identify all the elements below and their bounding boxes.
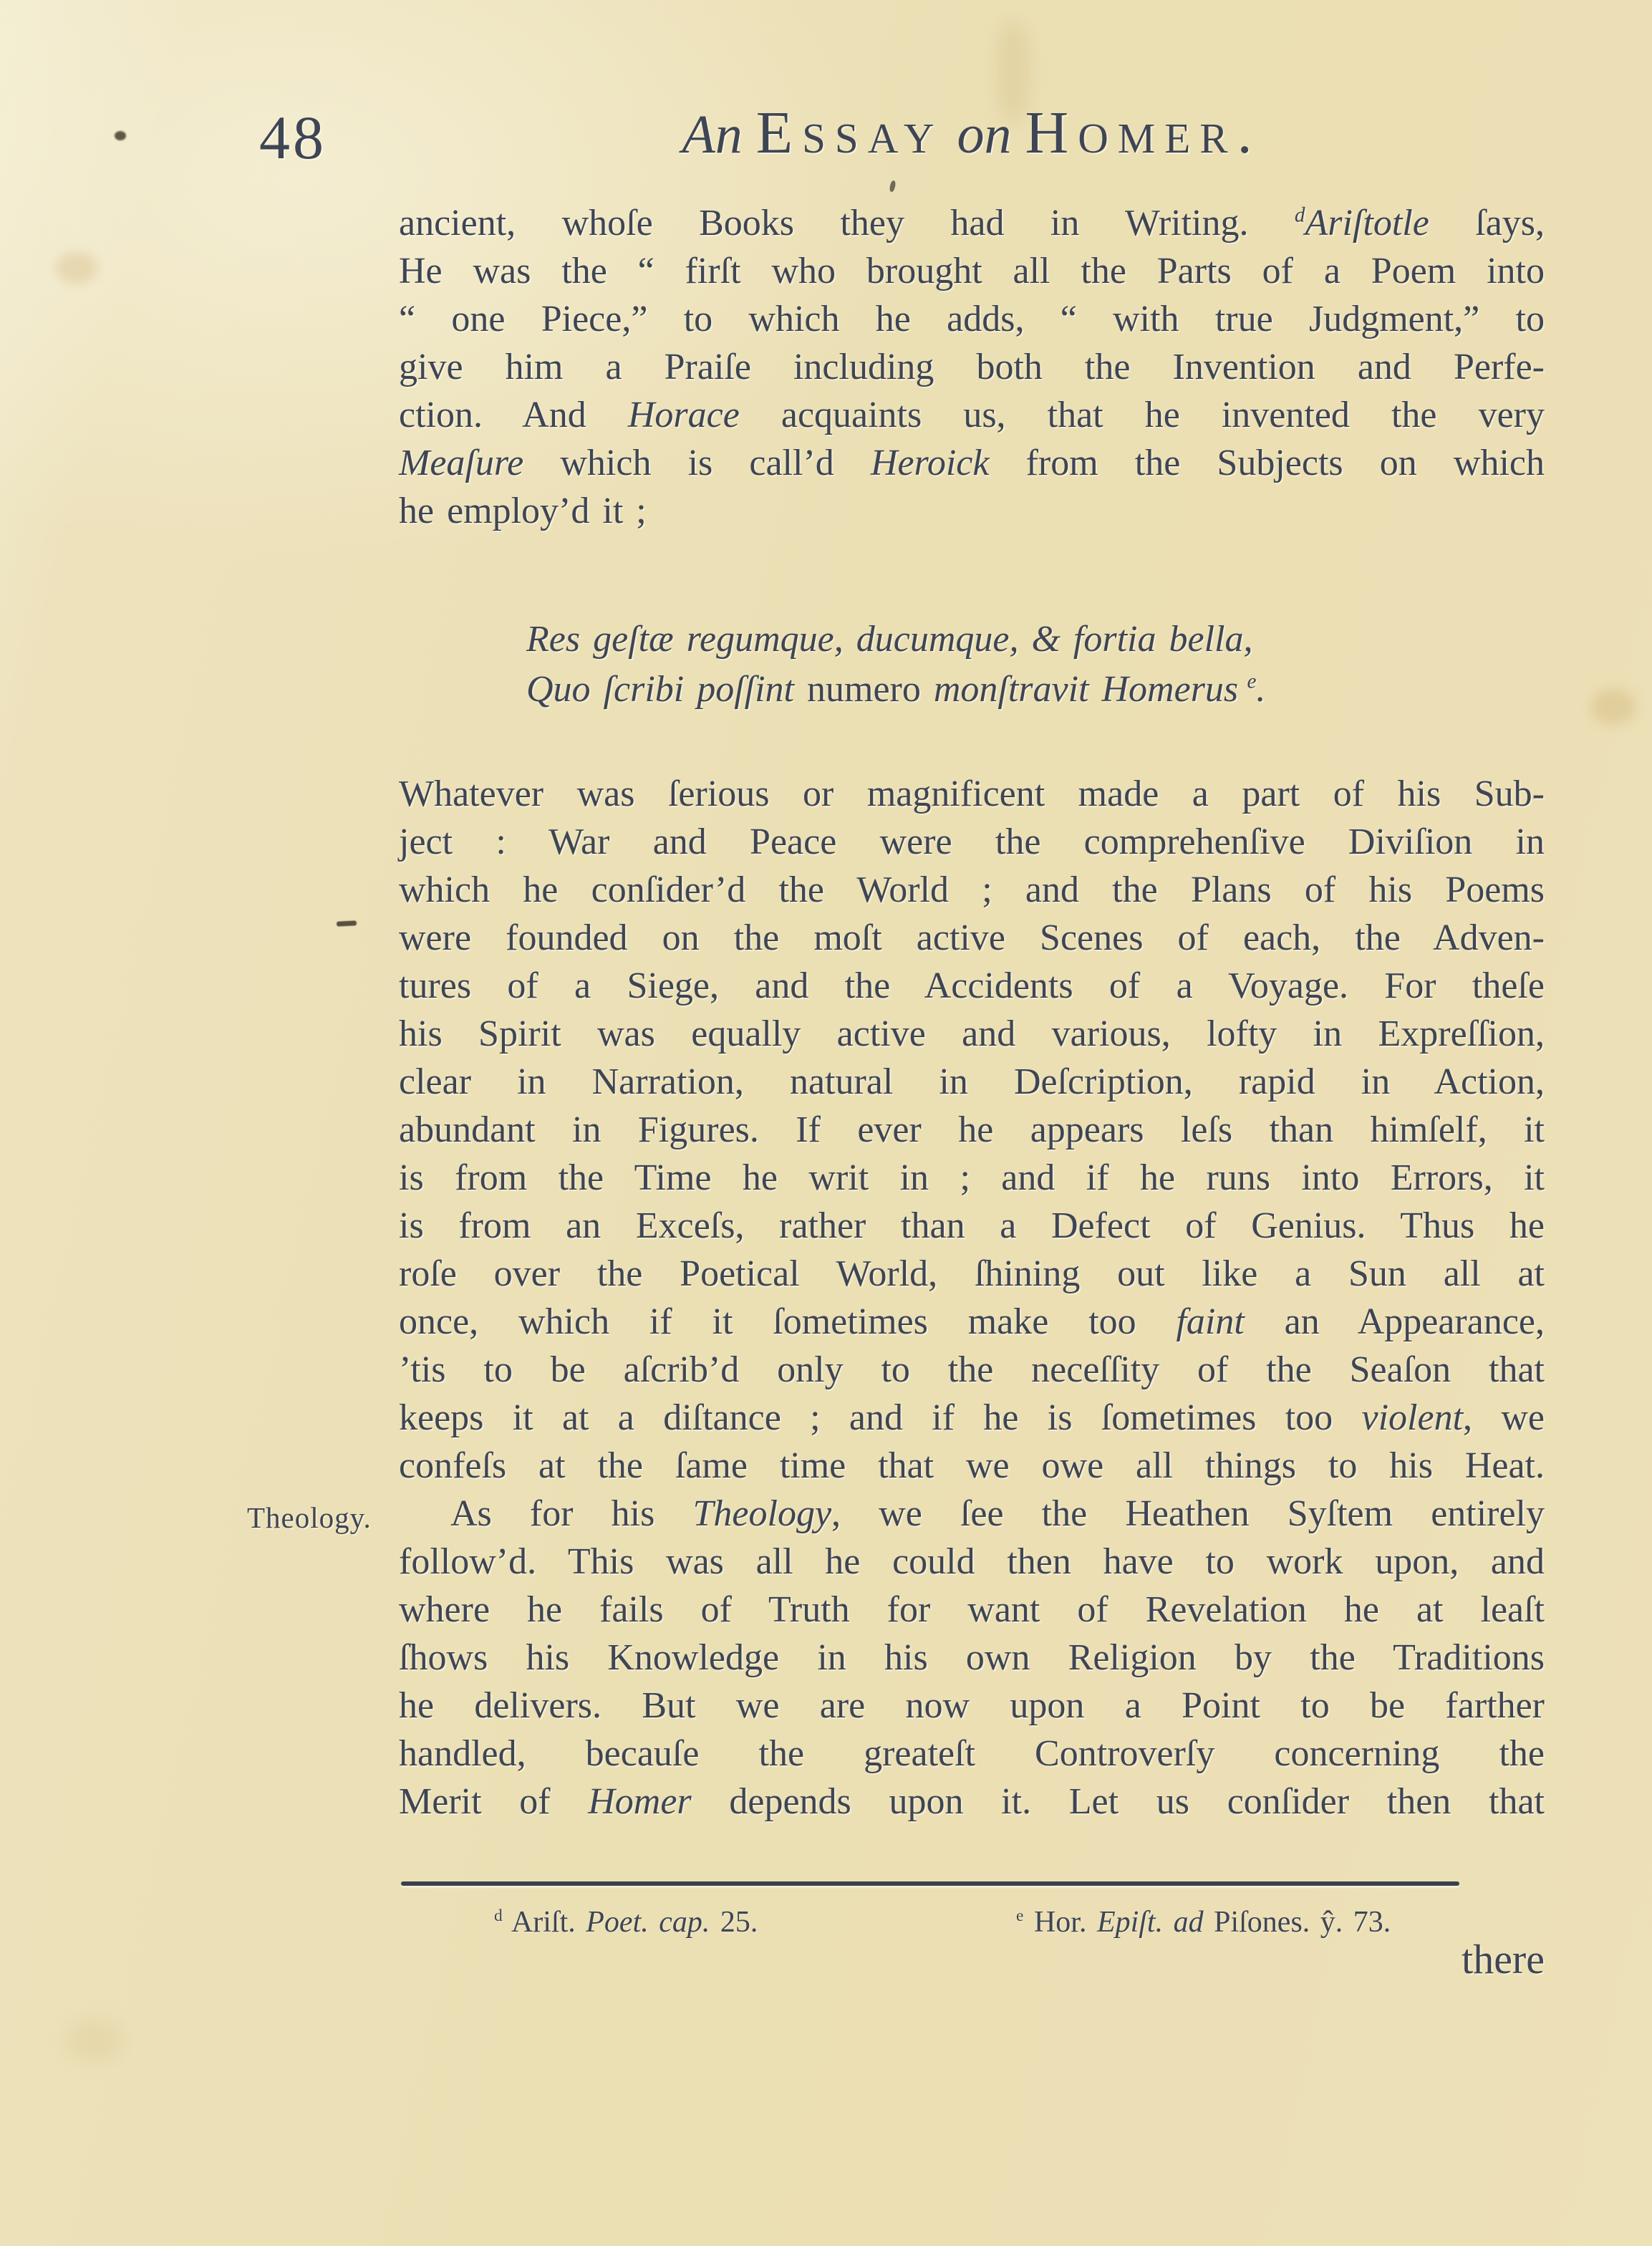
text-segment: abundant in Figures. If ever he appears … <box>399 1109 1545 1150</box>
running-header: An Essay on Homer. <box>399 90 1545 176</box>
footnote: d Ariſt. Poet. cap. 25. <box>494 1905 758 1939</box>
text-segment: e <box>1238 670 1256 693</box>
text-segment: is from an Exceſs, rather than a Defect … <box>399 1205 1545 1246</box>
body-text: ancient, whoſe Books they had in Writing… <box>399 199 1545 1826</box>
text-segment: Horace <box>628 395 740 435</box>
text-segment <box>649 1906 660 1939</box>
ink-speck <box>889 180 896 192</box>
text-line: is from an Exceſs, rather than a Defect … <box>399 1202 1545 1250</box>
text-line: give him a Praiſe including both the Inv… <box>399 343 1545 391</box>
text-segment: “ one Piece,” to which he adds, “ with t… <box>399 299 1545 339</box>
text-line: confeſs at the ſame time that we owe all… <box>399 1442 1545 1490</box>
text-segment: Merit of <box>399 1781 588 1822</box>
text-line: ’tis to be aſcrib’d only to the neceſſit… <box>399 1346 1545 1394</box>
text-line: He was the “ firſt who brought all the P… <box>399 247 1545 295</box>
text-segment: Epiſt. <box>1097 1906 1163 1939</box>
text-segment: violent <box>1362 1397 1464 1438</box>
text-segment: Theology <box>693 1493 832 1534</box>
text-segment: ject : War and Peace were the comprehenſ… <box>399 821 1545 862</box>
text-segment: faint <box>1176 1301 1244 1342</box>
text-segment: depends upon it. Let us conſider then th… <box>692 1781 1545 1822</box>
header-word-essay: Essay <box>756 100 944 166</box>
text-segment: acquaints us, that he invented the very <box>740 395 1545 435</box>
verse-quote: Res geſtæ regumque, ducumque, & fortia b… <box>399 614 1545 715</box>
text-segment: ſays, <box>1429 203 1545 244</box>
text-line: which he conſider’d the World ; and the … <box>399 866 1545 914</box>
text-segment: ancient, whoſe Books they had in Writing… <box>399 203 1295 244</box>
catchword: there <box>399 1935 1545 1983</box>
text-line: he employ’d it ; <box>399 487 1545 535</box>
text-line: Meaſure which is call’d Heroick from the… <box>399 439 1545 487</box>
header-word-an: An <box>682 105 755 165</box>
text-line: is from the Time he writ in ; and if he … <box>399 1154 1545 1202</box>
header-word-homer: Homer. <box>1025 100 1262 166</box>
text-line: handled, becauſe the greateſt Controverſ… <box>399 1730 1545 1778</box>
text-line: Theology.As for his Theology, we ſee the… <box>399 1490 1545 1538</box>
paragraph: Whatever was ſerious or magnificent made… <box>399 770 1545 1826</box>
text-segment: , we <box>1463 1397 1545 1438</box>
text-line: ancient, whoſe Books they had in Writing… <box>399 199 1545 247</box>
text-segment: d <box>494 1907 503 1925</box>
text-segment: Ariſtotle <box>1305 203 1429 244</box>
text-segment: e <box>1016 1907 1023 1925</box>
margin-pen-dash <box>337 920 357 926</box>
text-line: ſhows his Knowledge in his own Religion … <box>399 1634 1545 1682</box>
paragraph: ancient, whoſe Books they had in Writing… <box>399 199 1545 535</box>
text-segment: he delivers. But we are now upon a Point… <box>399 1685 1545 1726</box>
text-line: where he fails of Truth for want of Reve… <box>399 1586 1545 1634</box>
text-segment: keeps it at a diſtance ; and if he is ſo… <box>399 1397 1362 1438</box>
text-segment: Ariſt. <box>503 1906 586 1939</box>
text-line: Res geſtæ regumque, ducumque, & fortia b… <box>526 614 1545 665</box>
header-word-on: on <box>944 105 1025 165</box>
text-line: “ one Piece,” to which he adds, “ with t… <box>399 295 1545 343</box>
text-segment: cap. <box>659 1906 710 1939</box>
text-segment: Poet. <box>586 1906 648 1939</box>
text-segment: Whatever was ſerious or magnificent made… <box>399 773 1545 814</box>
text-segment: confeſs at the ſame time that we owe all… <box>399 1445 1545 1486</box>
paper-stain <box>66 2020 123 2061</box>
text-segment: tures of a Siege, and the Accidents of a… <box>399 965 1545 1006</box>
text-line: tures of a Siege, and the Accidents of a… <box>399 962 1545 1010</box>
text-segment: is from the Time he writ in ; and if he … <box>399 1157 1545 1198</box>
book-page: 48 An Essay on Homer. ancient, whoſe Boo… <box>0 0 1652 2246</box>
text-line: roſe over the Poetical World, ſhining ou… <box>399 1250 1545 1298</box>
text-segment: Hor. <box>1023 1906 1097 1939</box>
text-segment: ad <box>1174 1906 1204 1939</box>
text-segment: he employ’d it ; <box>399 491 647 531</box>
footnote: e Hor. Epiſt. ad Piſones. ŷ. 73. <box>1016 1905 1391 1939</box>
text-segment: Heroick <box>871 443 990 483</box>
text-segment: follow’d. This was all he could then hav… <box>399 1541 1545 1582</box>
text-line: keeps it at a diſtance ; and if he is ſo… <box>399 1394 1545 1442</box>
text-line: Merit of Homer depends upon it. Let us c… <box>399 1778 1545 1826</box>
text-segment: Piſones. ŷ. 73. <box>1204 1906 1391 1939</box>
text-segment: an Appearance, <box>1245 1301 1545 1342</box>
text-segment: which he conſider’d the World ; and the … <box>399 869 1545 910</box>
text-segment: monſtravit Homerus <box>934 669 1238 710</box>
text-segment: numero <box>807 669 934 710</box>
text-segment: Meaſure <box>399 443 523 483</box>
text-segment: , we ſee the Heathen Syſtem entirely <box>831 1493 1545 1534</box>
text-segment: Quo ſcribi poſſint <box>526 669 807 710</box>
text-segment: roſe over the Poetical World, ſhining ou… <box>399 1253 1545 1294</box>
text-segment: ’tis to be aſcrib’d only to the neceſſit… <box>399 1349 1545 1390</box>
text-line: abundant in Figures. If ever he appears … <box>399 1106 1545 1154</box>
text-line: ction. And Horace acquaints us, that he … <box>399 391 1545 439</box>
text-line: follow’d. This was all he could then hav… <box>399 1538 1545 1586</box>
text-segment: Homer <box>588 1781 691 1822</box>
text-segment: 25. <box>710 1906 758 1939</box>
ink-speck <box>115 131 126 140</box>
text-segment: d <box>1295 204 1305 227</box>
text-segment <box>1163 1906 1174 1939</box>
text-line: he delivers. But we are now upon a Point… <box>399 1682 1545 1730</box>
text-segment: his Spirit was equally active and variou… <box>399 1013 1545 1054</box>
text-segment: once, which if it ſometimes make too <box>399 1301 1176 1342</box>
text-segment: As for his <box>450 1493 693 1534</box>
margin-note: Theology. <box>247 1494 372 1542</box>
footnote-rule <box>401 1881 1459 1886</box>
page-number: 48 <box>259 102 327 173</box>
text-segment: which is call’d <box>523 443 871 483</box>
text-segment: from the Subjects on which <box>989 443 1545 483</box>
text-segment: ction. And <box>399 395 628 435</box>
text-segment: give him a Praiſe including both the Inv… <box>399 347 1545 387</box>
text-segment: where he fails of Truth for want of Reve… <box>399 1589 1545 1630</box>
text-line: Whatever was ſerious or magnificent made… <box>399 770 1545 818</box>
text-line: clear in Narration, natural in Deſcripti… <box>399 1058 1545 1106</box>
paper-stain <box>1591 689 1636 725</box>
text-segment: He was the “ firſt who brought all the P… <box>399 251 1545 291</box>
text-segment: ſhows his Knowledge in his own Religion … <box>399 1637 1545 1678</box>
text-line: ject : War and Peace were the comprehenſ… <box>399 818 1545 866</box>
text-line: once, which if it ſometimes make too fai… <box>399 1298 1545 1346</box>
text-segment: clear in Narration, natural in Deſcripti… <box>399 1061 1545 1102</box>
text-segment: were founded on the moſt active Scenes o… <box>399 917 1545 958</box>
text-segment: Res geſtæ regumque, ducumque, & fortia b… <box>526 619 1252 660</box>
text-line: were founded on the moſt active Scenes o… <box>399 914 1545 962</box>
text-line: his Spirit was equally active and variou… <box>399 1010 1545 1058</box>
text-segment: handled, becauſe the greateſt Controverſ… <box>399 1733 1545 1774</box>
text-line: Quo ſcribi poſſint numero monſtravit Hom… <box>526 665 1545 715</box>
paper-stain <box>56 252 97 284</box>
text-segment: . <box>1256 669 1265 710</box>
